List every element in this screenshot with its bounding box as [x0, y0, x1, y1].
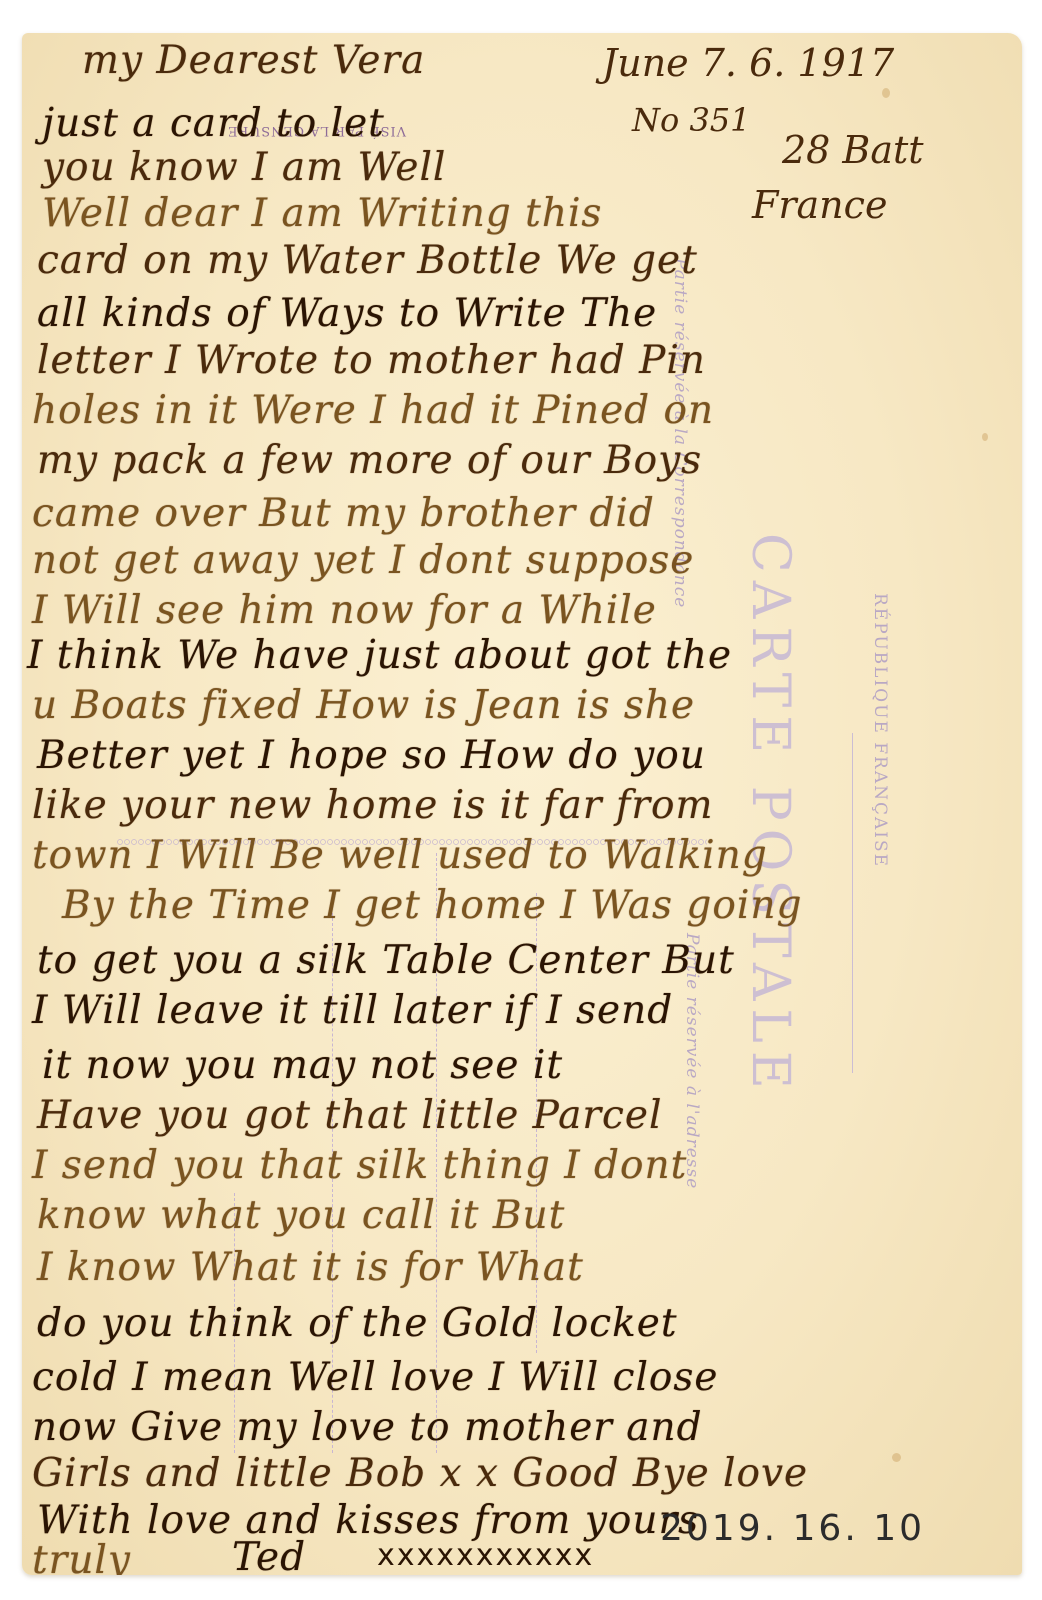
letter-line: I send you that silk thing I dont: [32, 1143, 687, 1188]
letter-line: Well dear I am Writing this: [42, 191, 602, 236]
letter-line: do you think of the Gold locket: [37, 1301, 678, 1346]
letter-line: my pack a few more of our Boys: [37, 438, 702, 483]
unit: 28 Batt: [782, 128, 924, 172]
letter-line: I think We have just about got the: [27, 633, 732, 678]
carte-postale-title: CARTE POSTALE: [740, 533, 800, 1097]
letter-line: letter I Wrote to mother had Pin: [37, 338, 706, 383]
letter-line: Girls and little Bob x x Good Bye love: [32, 1451, 808, 1496]
location: France: [752, 183, 887, 227]
letter-line: I Will leave it till later if I send: [32, 988, 673, 1033]
letter-line: card on my Water Bottle We get: [37, 238, 698, 283]
divider-line: [852, 733, 853, 1073]
foxing-spot: [892, 1453, 901, 1462]
service-number: No 351: [632, 101, 751, 139]
letter-line: town I Will Be well used to Walking: [32, 833, 768, 878]
letter-line: cold I mean Well love I Will close: [32, 1355, 719, 1400]
letter-line: just a card to let: [42, 101, 385, 146]
letter-line: not get away yet I dont suppose: [32, 538, 694, 583]
signature: Ted: [232, 1535, 306, 1575]
letter-line: it now you may not see it: [42, 1043, 563, 1088]
letter-line: I Will see him now for a While: [32, 588, 657, 633]
letter-line: I know What it is for What: [37, 1245, 584, 1290]
letter-line: all kinds of Ways to Write The: [37, 291, 657, 336]
kisses-row-2: xxxxxxxxxx: [402, 1573, 600, 1575]
accession-number: 2019. 16. 10: [660, 1508, 925, 1549]
letter-line: know what you call it But: [37, 1193, 565, 1238]
foxing-spot: [882, 88, 890, 98]
letter-line: like your new home is it far from: [32, 783, 713, 828]
republique-label: RÉPUBLIQUE FRANÇAISE: [870, 593, 890, 868]
letter-line: By the Time I get home I Was going: [62, 883, 802, 928]
letter-line: With love and kisses from yours: [37, 1498, 699, 1543]
letter-line: to get you a silk Table Center But: [37, 938, 735, 983]
letter-line: came over But my brother did: [32, 491, 655, 536]
closing: truly: [32, 1538, 131, 1575]
letter-date: June 7. 6. 1917: [602, 41, 894, 85]
kisses-row-1: xxxxxxxxxxx: [377, 1538, 594, 1573]
letter-line: u Boats fixed How is Jean is she: [32, 683, 695, 728]
letter-line: you know I am Well: [42, 145, 446, 190]
postcard: VISÉ PAR LA CENSURE Partie réservée à la…: [22, 33, 1022, 1575]
foxing-spot: [982, 433, 988, 441]
letter-line: now Give my love to mother and: [32, 1405, 703, 1450]
letter-line: Have you got that little Parcel: [37, 1093, 662, 1138]
salutation: my Dearest Vera: [82, 38, 425, 83]
letter-line: holes in it Were I had it Pined on: [32, 388, 714, 433]
letter-line: Better yet I hope so How do you: [37, 733, 706, 778]
